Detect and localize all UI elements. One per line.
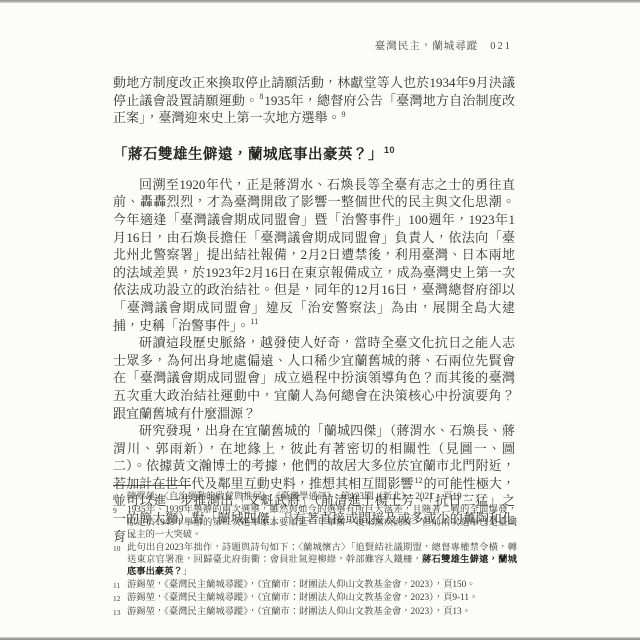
paragraph: 回溯至1920年代，正是蔣渭水、石煥長等全臺有志之士的勇往直前、轟轟烈烈，才為臺… — [113, 176, 515, 334]
book-page: 臺灣民主，蘭城尋蹤021 動地方制度改正來換取停止請願活動，林獻堂等人也於193… — [0, 0, 640, 640]
footnote-number: 12 — [113, 592, 127, 605]
footnote-ref: 11 — [251, 317, 259, 326]
text-run: 」 — [183, 567, 192, 577]
running-head-title: 臺灣民主，蘭城尋蹤 — [375, 41, 479, 52]
text-run: 「蔣石雙雄生僻遠，蘭城底事出豪英？」 — [113, 147, 383, 163]
page-number: 021 — [490, 41, 512, 52]
footnote-number: 11 — [113, 579, 127, 592]
paragraph: 研讀這段歷史脈絡，越發使人好奇，當時全臺文化抗日之能人志士眾多，為何出身地處偏遠… — [113, 334, 515, 422]
footnote-text: 1935年、1939年舉辦的兩次選舉，雖然與如今的選舉有所巨大落差，且隨著二戰的… — [127, 504, 517, 541]
text-run: 陳翠蓮，〈自治運動的啟蒙與推展〉，《臺灣學通訊》，第123期（新北），2021，… — [127, 492, 471, 502]
footnote-text: 游錫堃，《臺灣民主蘭城尋蹤》，（宜蘭市：財團法人仰山文教基金會，2023），頁1… — [127, 579, 517, 591]
footnote-separator — [113, 485, 191, 486]
footnote-ref: 12 — [415, 476, 423, 485]
footnote-ref: 10 — [384, 145, 395, 155]
footnote-text: 陳翠蓮，〈自治運動的啟蒙與推展〉，《臺灣學通訊》，第123期（新北），2021，… — [127, 491, 517, 503]
footnote-number: 9 — [113, 504, 127, 517]
footnote: 91935年、1939年舉辦的兩次選舉，雖然與如今的選舉有所巨大落差，且隨著二戰… — [113, 504, 517, 541]
footnote: 8陳翠蓮，〈自治運動的啟蒙與推展〉，《臺灣學通訊》，第123期（新北），2021… — [113, 491, 517, 504]
text-run: 游錫堃，《臺灣民主蘭城尋蹤》，（宜蘭市：財團法人仰山文教基金會，2023），頁1… — [127, 580, 476, 590]
text-run: 研讀這段歷史脈絡，越發使人好奇，當時全臺文化抗日之能人志士眾多，為何出身地處偏遠… — [113, 335, 515, 420]
page-content: 動地方制度改正來換取停止請願活動，林獻堂等人也於1934年9月決議停止議會設置請… — [113, 74, 515, 545]
footnote-ref: 8 — [259, 92, 263, 101]
scan-edge-top — [0, 0, 640, 3]
footnote-ref: 9 — [342, 110, 346, 119]
footnote-list: 8陳翠蓮，〈自治運動的啟蒙與推展〉，《臺灣學通訊》，第123期（新北），2021… — [113, 491, 517, 619]
footnote-text: 游錫堃，《臺灣民主蘭城尋蹤》，（宜蘭市：財團法人仰山文教基金會，2023），頁1… — [127, 606, 517, 618]
footnote: 11游錫堃，《臺灣民主蘭城尋蹤》，（宜蘭市：財團法人仰山文教基金會，2023），… — [113, 579, 517, 592]
footnote-number: 13 — [113, 606, 127, 619]
footnote: 12游錫堃，《臺灣民主蘭城尋蹤》，（宜蘭市：財團法人仰山文教基金會，2023），… — [113, 592, 517, 605]
text-run: 回溯至1920年代，正是蔣渭水、石煥長等全臺有志之士的勇往直前、轟轟烈烈，才為臺… — [113, 177, 515, 333]
text-run: 游錫堃，《臺灣民主蘭城尋蹤》，（宜蘭市：財團法人仰山文教基金會，2023），頁9… — [127, 593, 478, 603]
footnote: 13游錫堃，《臺灣民主蘭城尋蹤》，（宜蘭市：財團法人仰山文教基金會，2023），… — [113, 606, 517, 619]
footnote: 10此句出自2023年拙作，詩題與詩句如下：〈蘭城懷古〉「追賢結社議期盟，總督專… — [113, 542, 517, 579]
section-heading: 「蔣石雙雄生僻遠，蘭城底事出豪英？」10 — [113, 143, 515, 164]
footnote-number: 10 — [113, 542, 127, 555]
intro-paragraph: 動地方制度改正來換取停止請願活動，林獻堂等人也於1934年9月決議停止議會設置請… — [113, 74, 515, 127]
running-head: 臺灣民主，蘭城尋蹤021 — [113, 38, 512, 53]
footnote-number: 8 — [113, 491, 127, 504]
text-run: 游錫堃，《臺灣民主蘭城尋蹤》，（宜蘭市：財團法人仰山文教基金會，2023），頁1… — [127, 607, 471, 617]
footnotes-section: 8陳翠蓮，〈自治運動的啟蒙與推展〉，《臺灣學通訊》，第123期（新北），2021… — [113, 485, 517, 619]
text-run: 1935年、1939年舉辦的兩次選舉，雖然與如今的選舉有所巨大落差，且隨著二戰的… — [127, 505, 517, 540]
footnote-text: 游錫堃，《臺灣民主蘭城尋蹤》，（宜蘭市：財團法人仰山文教基金會，2023），頁9… — [127, 592, 517, 604]
footnote-text: 此句出自2023年拙作，詩題與詩句如下：〈蘭城懷古〉「追賢結社議期盟，總督專權禁… — [127, 542, 517, 579]
